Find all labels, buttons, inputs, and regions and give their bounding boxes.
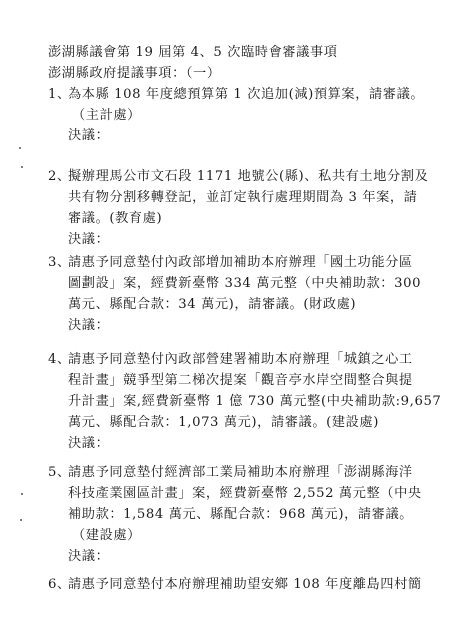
item-text-line: 補助款：1,584 萬元、縣配合款：968 萬元)，請審議。 (68, 507, 413, 523)
item-text-line: 請惠予同意墊付本府辦理補助望安鄉 108 年度離島四村簡 (68, 577, 422, 593)
scan-speck (20, 519, 22, 521)
item-text-line: 擬辦理馬公市文石段 1171 地號公(縣)、私共有土地分割及 (68, 169, 428, 185)
item-department: （建設處） (72, 528, 141, 544)
scan-speck (21, 166, 23, 168)
scan-speck (19, 147, 21, 149)
item-text-line: 共有物分割移轉登記，並訂定執行處理期間為 3 年案，請 (68, 190, 417, 206)
item-text-line: 圖劃設」案，經費新臺幣 334 萬元整（中央補助款：300 (68, 276, 421, 292)
item-text-line: 升計畫」案,經費新臺幣 1 億 730 萬元整(中央補助款:9,657 (68, 394, 441, 410)
item-text-line: 萬元、縣配合款：1,073 萬元)，請審議。(建設處) (68, 415, 379, 431)
item-text-line: 科技產業園區計畫」案，經費新臺幣 2,552 萬元整（中央 (68, 486, 422, 502)
resolution-label: 決議： (68, 549, 109, 565)
resolution-label: 決議： (68, 436, 109, 452)
resolution-label: 決議： (68, 128, 109, 144)
document-title: 澎湖縣議會第 19 屆第 4、5 次臨時會審議事項 (48, 45, 338, 61)
resolution-label: 決議： (68, 232, 109, 248)
item-text-line: 請惠予同意墊付內政部增加補助本府辦理「國土功能分區 (68, 255, 413, 271)
resolution-label: 決議： (68, 318, 109, 334)
item-text-line: 請惠予同意墊付內政部營建署補助本府辦理「城鎮之心工 (68, 352, 413, 368)
item-text-line: 審議。(教育處) (68, 211, 162, 227)
item-text-line: 為本縣 108 年度總預算第 1 次追加(減)預算案，請審議。 (68, 87, 424, 103)
document-subtitle: 澎湖縣政府提議事項：（一） (48, 66, 221, 82)
document-page: 澎湖縣議會第 19 屆第 4、5 次臨時會審議事項 澎湖縣政府提議事項：（一） … (0, 0, 452, 640)
scan-speck (21, 493, 23, 495)
item-text-line: 程計畫」競爭型第二梯次提案「觀音亭水岸空間整合與提 (68, 373, 413, 389)
item-text-line: 萬元、縣配合款：34 萬元)，請審議。(財政處) (68, 297, 356, 313)
item-department: （主計處） (72, 108, 141, 124)
item-text-line: 請惠予同意墊付經濟部工業局補助本府辦理「澎湖縣海洋 (68, 465, 413, 481)
